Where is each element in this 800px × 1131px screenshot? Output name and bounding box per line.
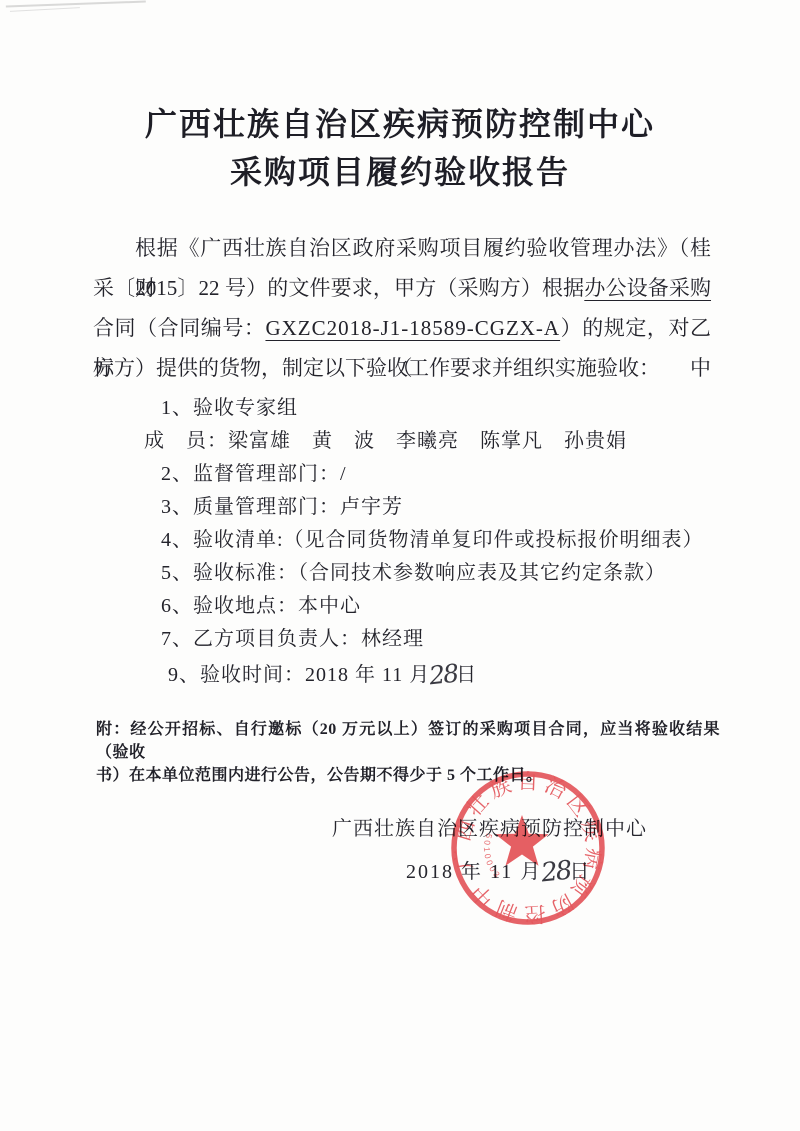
intro-paragraph: 根据《广西壮族自治区政府采购项目履约验收管理办法》（桂财 采〔2015〕22 号… xyxy=(93,228,711,388)
paragraph-line: 合同（合同编号：GXZC2018-J1-18589-CGZX-A）的规定，对乙方… xyxy=(93,308,711,348)
underlined-contract-name: 办公设备采购 xyxy=(584,276,711,300)
acceptance-items-list: 1、验收专家组 成 员：梁富雄 黄 波 李曦亮 陈掌凡 孙贵娟 2、监督管理部门… xyxy=(161,392,741,692)
list-item: 2、监督管理部门：/ xyxy=(161,458,741,491)
document-title: 广西壮族自治区疾病预防控制中心 采购项目履约验收报告 xyxy=(0,100,800,196)
handwritten-day: 28 xyxy=(428,657,459,693)
underlined-contract-number: GXZC2018-J1-18589-CGZX-A xyxy=(265,316,560,340)
footnote-line-1: 附：经公开招标、自行邀标（20 万元以上）签订的采购项目合同，应当将验收结果（验… xyxy=(96,718,720,764)
paragraph-line: 采〔2015〕22 号）的文件要求，甲方（采购方）根据办公设备采购 xyxy=(93,268,711,308)
list-item-members: 成 员：梁富雄 黄 波 李曦亮 陈掌凡 孙贵娟 xyxy=(144,425,741,458)
paragraph-text: 采〔2015〕22 号）的文件要求，甲方（采购方）根据 xyxy=(93,276,584,300)
stamp-star-icon xyxy=(495,815,548,866)
paragraph-line: 根据《广西壮族自治区政府采购项目履约验收管理办法》（桂财 xyxy=(93,228,711,268)
list-item-acceptance-date: 9、验收时间：2018 年 11 月28日 xyxy=(168,656,741,692)
list-item: 3、质量管理部门：卢宇芳 xyxy=(161,491,741,524)
scanned-document-page: 广西壮族自治区疾病预防控制中心 采购项目履约验收报告 根据《广西壮族自治区政府采… xyxy=(0,0,800,1131)
footnote-line-2: 书）在本单位范围内进行公告，公告期不得少于 5 个工作日。 xyxy=(96,764,720,787)
list-item: 6、验收地点：本中心 xyxy=(161,590,741,623)
title-line-1: 广西壮族自治区疾病预防控制中心 xyxy=(0,100,800,148)
official-red-stamp: 广西壮族自治区疾病预防控制中心 50100037365 xyxy=(448,766,612,930)
list-item: 7、乙方项目负责人：林经理 xyxy=(161,623,741,656)
list-item: 4、验收清单:（见合同货物清单复印件或投标报价明细表） xyxy=(161,524,741,557)
title-line-2: 采购项目履约验收报告 xyxy=(0,148,800,196)
list-item: 1、验收专家组 xyxy=(161,392,741,425)
paragraph-line: 标方）提供的货物，制定以下验收工作要求并组织实施验收： xyxy=(93,348,711,388)
footnote: 附：经公开招标、自行邀标（20 万元以上）签订的采购项目合同，应当将验收结果（验… xyxy=(96,718,720,787)
item9-text: 日 xyxy=(456,664,477,686)
list-item: 5、验收标准：（合同技术参数响应表及其它约定条款） xyxy=(161,557,741,590)
paragraph-text: 合同（合同编号： xyxy=(93,316,265,340)
item9-text: 9、验收时间：2018 年 11 月 xyxy=(168,664,430,686)
